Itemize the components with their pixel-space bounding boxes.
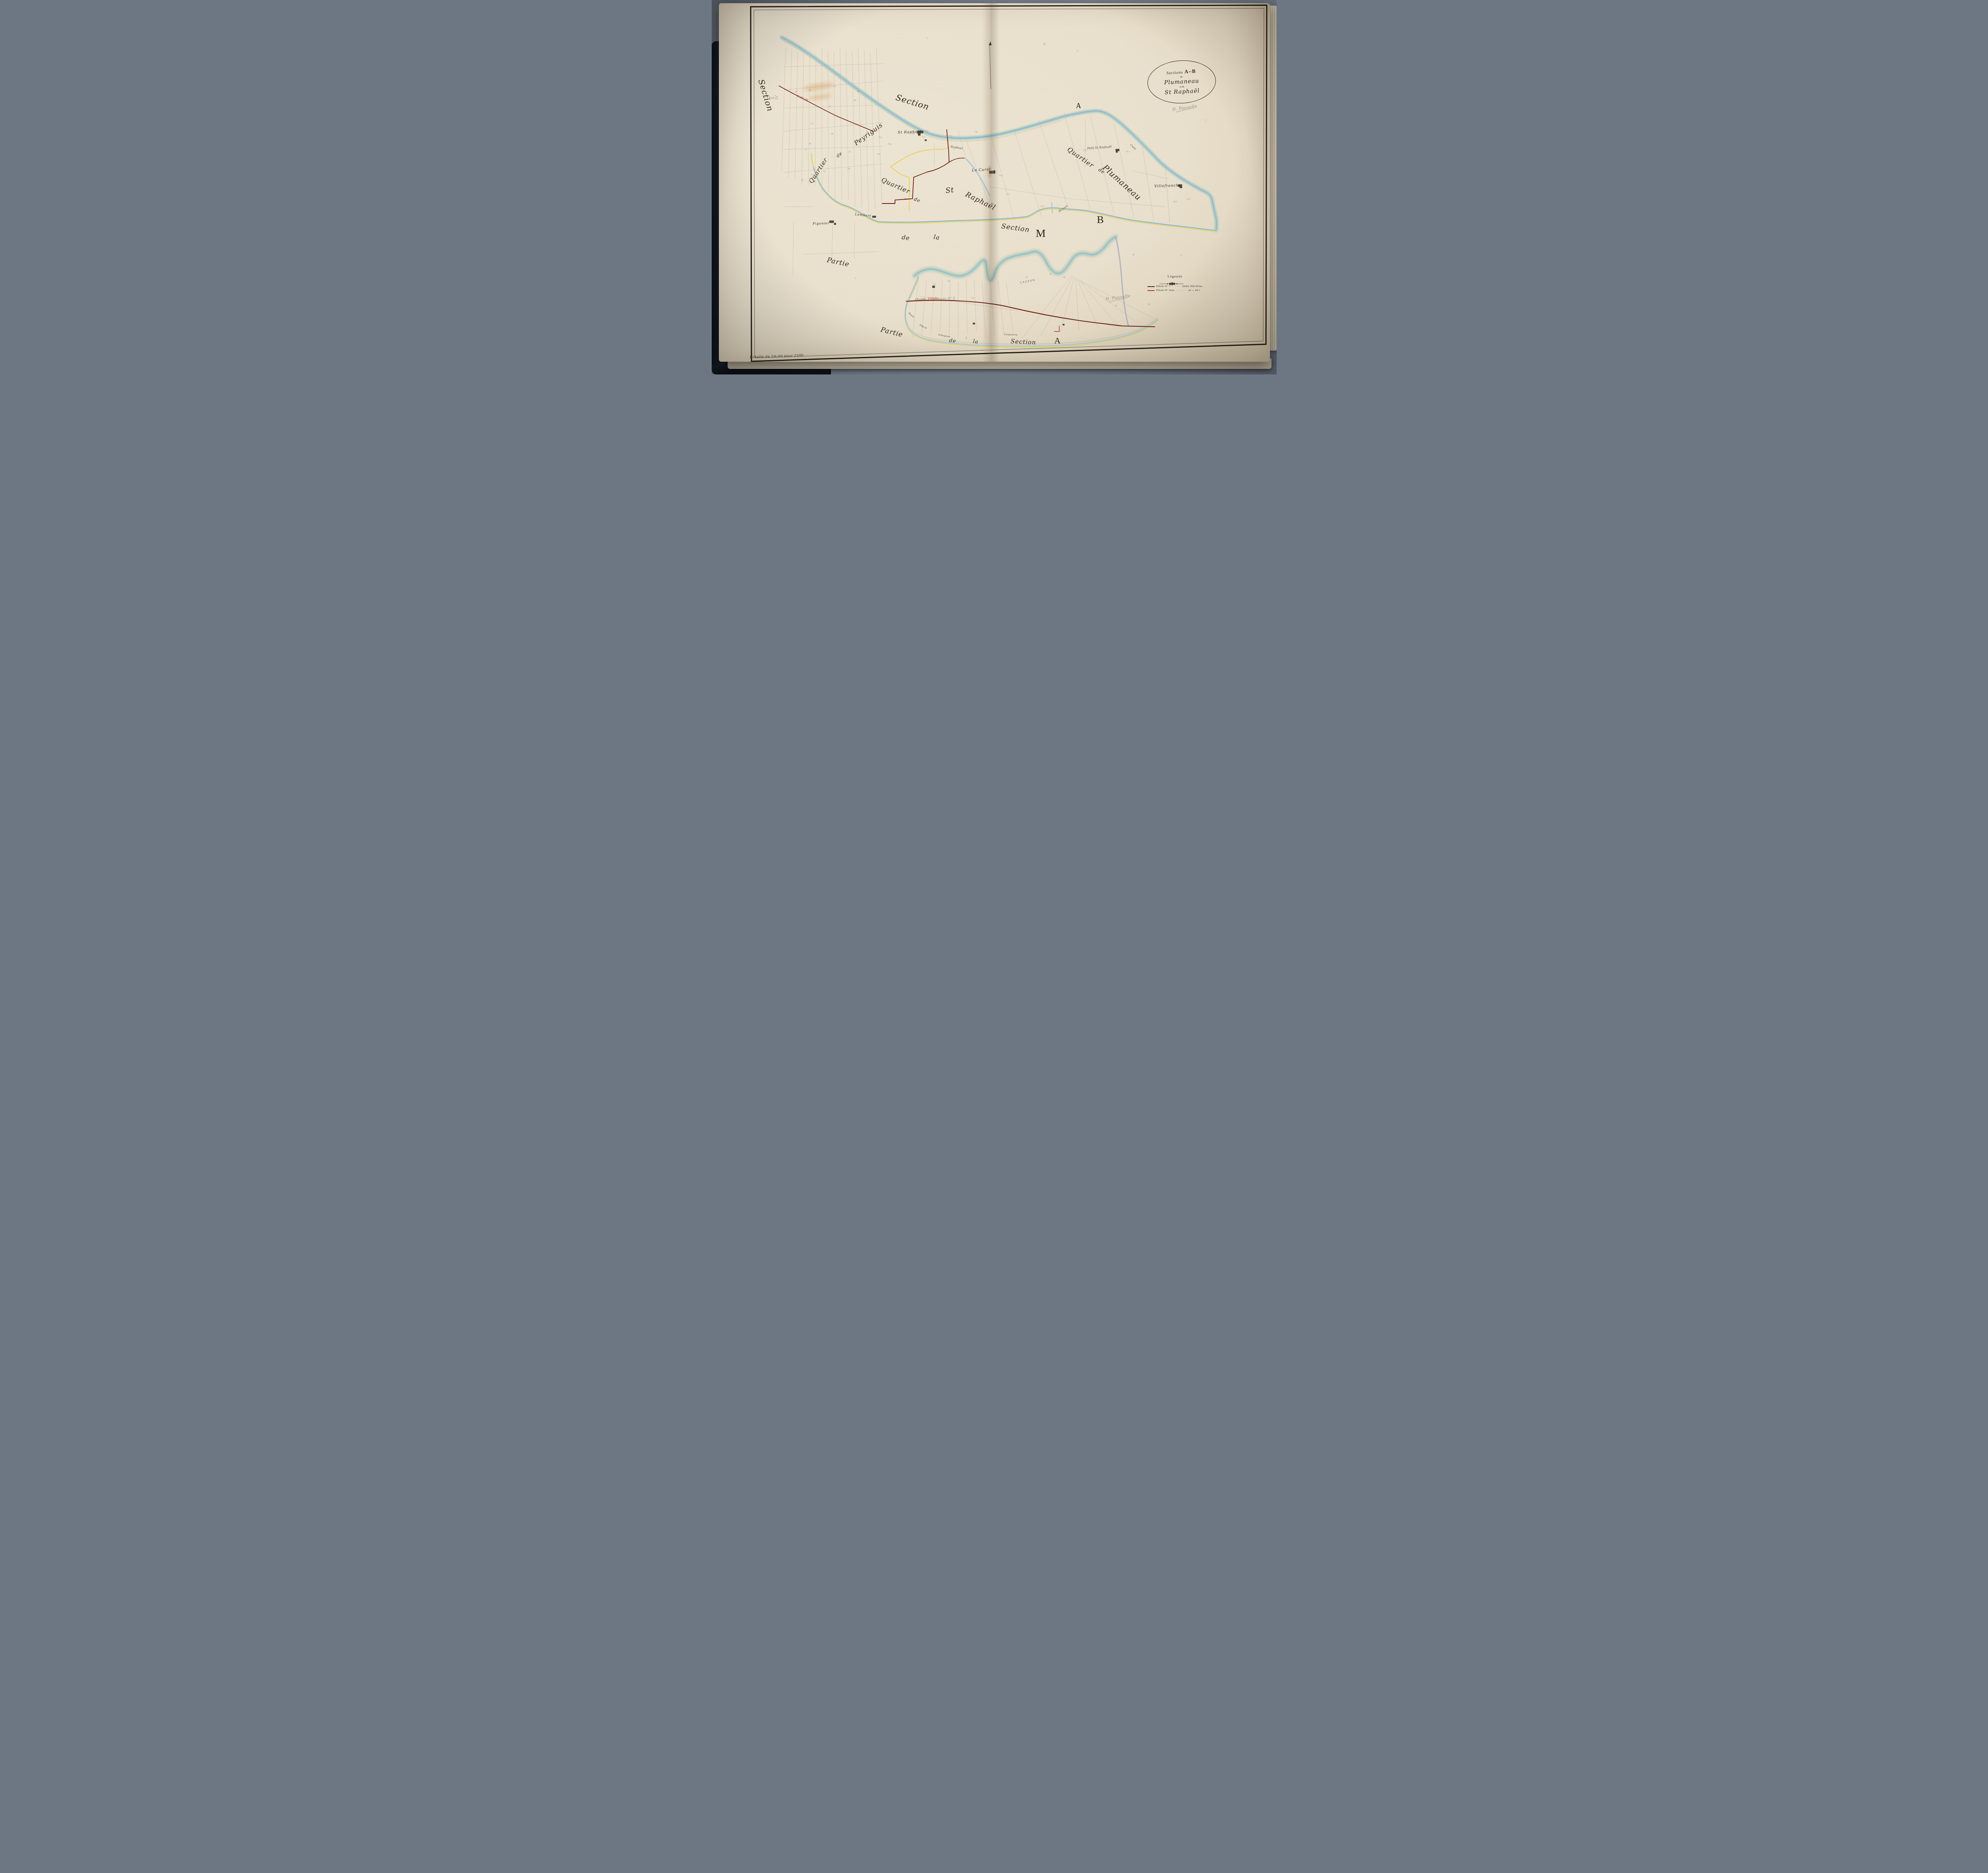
cartouche-commune-plumaneau: Plumaneau xyxy=(1164,78,1199,86)
legend-title: Légende xyxy=(1147,274,1203,278)
building-lambert xyxy=(872,216,876,218)
building-pigonier xyxy=(829,221,834,223)
canal-towpath xyxy=(783,41,1062,142)
map-legend: Légende Filiole N° 7 - - - - Débit 300 l… xyxy=(1147,274,1203,292)
road-st-raphael xyxy=(891,136,948,167)
cartouche-sections-line: Sections AetB xyxy=(1166,68,1196,76)
yellow-stub-left xyxy=(812,153,813,167)
cartouche-et-de: et de xyxy=(1179,86,1184,89)
building-lower-2 xyxy=(973,323,975,324)
cartouche-de: de xyxy=(1180,76,1182,78)
blue-branch-straphael xyxy=(966,159,990,196)
building-la-curel-2 xyxy=(993,171,995,174)
section-canal-yellow xyxy=(813,168,1216,232)
cartouche-commune-st-raphael: St Raphaël xyxy=(1164,88,1200,96)
legend-row-filiole-5bis: Filiole N° 5bis - - - - - id — 50 l. xyxy=(1147,289,1203,292)
building-pigonier-2 xyxy=(834,223,836,225)
pencil-underline-top xyxy=(1176,108,1194,112)
legend-swatch-filiole-7 xyxy=(1147,286,1155,287)
filiole-red-mark xyxy=(1054,326,1059,332)
building-lower-3 xyxy=(1063,324,1064,326)
parcel-boundary-mesh xyxy=(782,48,1170,339)
photo-stage: SectionSiphonSectionQuartierdePeyriguisS… xyxy=(712,0,1277,374)
violet-watercourse xyxy=(1116,237,1128,326)
siphon-arrow-1 xyxy=(775,95,777,97)
canal-water xyxy=(782,37,1217,231)
road-quartier-vertical xyxy=(891,167,909,211)
filiole-no7-lower xyxy=(906,301,1155,327)
filiole-boundary-straphael xyxy=(882,130,949,204)
atlas-open-spread: SectionSiphonSectionQuartierdePeyriguisS… xyxy=(719,3,1270,362)
filiole-layer xyxy=(779,86,1155,332)
building-st-raphael xyxy=(917,131,923,136)
lower-road-line xyxy=(905,275,1157,344)
buildings-layer xyxy=(829,131,1182,326)
north-needle xyxy=(989,41,992,89)
building-st-raphael-annex xyxy=(925,140,927,141)
building-lower-1 xyxy=(932,286,935,288)
filiole-branch xyxy=(949,158,965,162)
building-villefranche xyxy=(1178,184,1182,188)
map-artwork xyxy=(712,0,1277,374)
legend-swatch-filiole-5bis xyxy=(1147,290,1155,291)
legend-row-filiole-7: Filiole N° 7 - - - - Débit 300 litres xyxy=(1147,285,1203,288)
building-petit-st-raphael xyxy=(1116,149,1119,153)
lauzon-bank xyxy=(914,237,1116,281)
blue-stub xyxy=(1052,203,1052,213)
